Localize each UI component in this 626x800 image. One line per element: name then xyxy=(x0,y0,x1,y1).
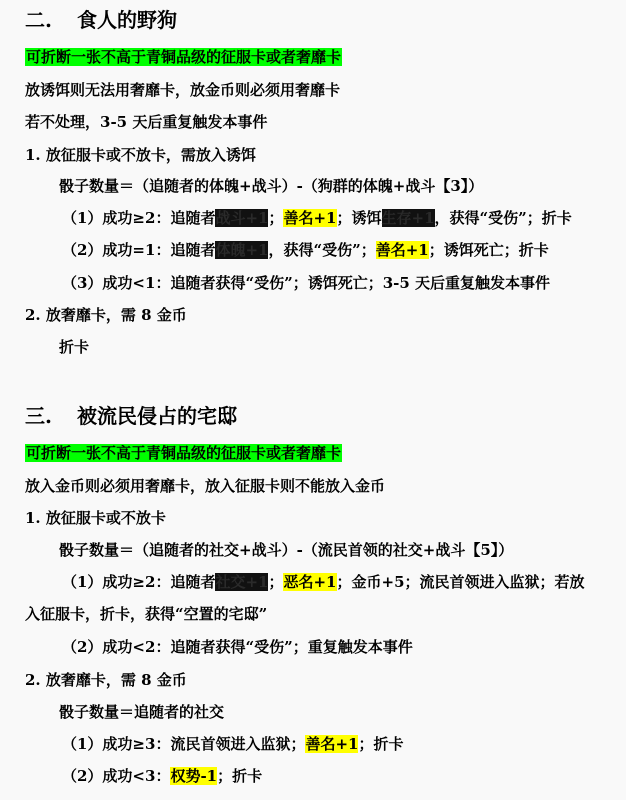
yellow-highlight: 善名+1 xyxy=(376,241,429,259)
dice-formula: 骰子数量＝（追随者的社交+战斗）-（流民首领的社交+战斗【5】） xyxy=(59,538,513,562)
option-heading: 2. 放奢靡卡，需 8 金币 xyxy=(25,668,187,692)
result-line: （2）成功=1：追随者体魄+1，获得“受伤”；善名+1；诱饵死亡；折卡 xyxy=(62,238,549,262)
yellow-highlight: 善名+1 xyxy=(305,735,358,753)
result-line: （3）成功<1：追随者获得“受伤”；诱饵死亡；3-5 天后重复触发本事件 xyxy=(62,271,550,295)
result-line: 折卡 xyxy=(59,335,89,359)
result-line: （2）成功<2：追随者获得“受伤”；重复触发本事件 xyxy=(62,635,413,659)
result-line-continued: 入征服卡，折卡，获得“空置的宅邸” xyxy=(25,602,267,626)
green-note: 可折断一张不高于青铜品级的征服卡或者奢靡卡 xyxy=(25,45,342,69)
option-heading: 2. 放奢靡卡，需 8 金币 xyxy=(25,303,187,327)
section-heading: 三.被流民侵占的宅邸 xyxy=(25,401,237,431)
section-title: 食人的野狗 xyxy=(77,8,177,32)
yellow-highlight: 恶名+1 xyxy=(283,573,336,591)
option-heading: 1. 放征服卡或不放卡 xyxy=(25,506,166,530)
section-title: 被流民侵占的宅邸 xyxy=(77,404,237,428)
result-line: （1）成功≥2：追随者社交+1；恶名+1；金币+5；流民首领进入监狱；若放 xyxy=(62,570,585,594)
redacted-text: 社交+1 xyxy=(215,573,268,591)
dice-formula: 骰子数量＝（追随者的体魄+战斗）-（狗群的体魄+战斗【3】） xyxy=(59,174,483,198)
redacted-text: 生存+1 xyxy=(382,209,435,227)
option-heading: 1. 放征服卡或不放卡，需放入诱饵 xyxy=(25,143,256,167)
dice-formula: 骰子数量＝追随者的社交 xyxy=(59,700,224,724)
section-number: 三. xyxy=(25,401,77,431)
redacted-text: 战斗+1 xyxy=(215,209,268,227)
green-note: 可折断一张不高于青铜品级的征服卡或者奢靡卡 xyxy=(25,441,342,465)
note: 放诱饵则无法用奢靡卡，放金币则必须用奢靡卡 xyxy=(25,78,340,102)
section-number: 二. xyxy=(25,5,77,35)
yellow-highlight: 善名+1 xyxy=(283,209,336,227)
result-line: （1）成功≥3：流民首领进入监狱；善名+1；折卡 xyxy=(62,732,403,756)
note: 放入金币则必须用奢靡卡，放入征服卡则不能放入金币 xyxy=(25,474,385,498)
result-line: （2）成功<3：权势-1；折卡 xyxy=(62,764,262,788)
section-heading: 二.食人的野狗 xyxy=(25,5,177,35)
note: 若不处理，3-5 天后重复触发本事件 xyxy=(25,110,267,134)
redacted-text: 体魄+1 xyxy=(215,241,268,259)
result-line: （1）成功≥2：追随者战斗+1；善名+1；诱饵生存+1，获得“受伤”；折卡 xyxy=(62,206,572,230)
yellow-highlight: 权势-1 xyxy=(170,767,217,785)
